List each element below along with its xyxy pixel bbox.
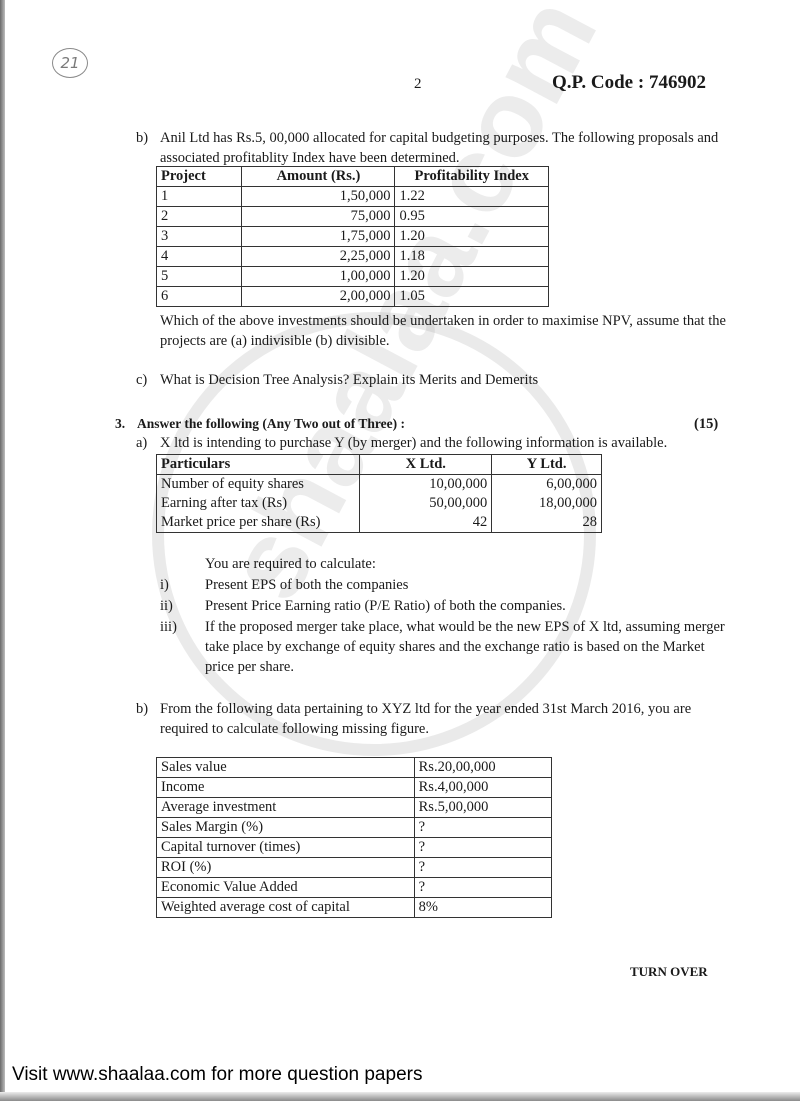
q3a-item-text: If the proposed merger take place, what … <box>205 617 730 677</box>
table-cell: Weighted average cost of capital <box>157 898 415 918</box>
table-cell: 4 <box>157 247 242 267</box>
q3a-label: a) <box>136 433 147 453</box>
q3-heading: Answer the following (Any Two out of Thr… <box>137 414 405 434</box>
table-cell: ? <box>414 858 551 878</box>
table-row: Income Rs.4,00,000 <box>157 778 552 798</box>
table-cell: 1.05 <box>395 287 549 307</box>
table-cell: 50,00,000 <box>360 494 492 513</box>
table-row: 3 1,75,000 1.20 <box>157 227 549 247</box>
q3a-intro: X ltd is intending to purchase Y (by mer… <box>160 433 730 453</box>
table-cell: 2,25,000 <box>242 247 395 267</box>
q2c-label: c) <box>136 370 147 390</box>
table-cell: 18,00,000 <box>492 494 602 513</box>
table-cell: 1,00,000 <box>242 267 395 287</box>
q3b-label: b) <box>136 699 148 719</box>
table-row: 1 1,50,000 1.22 <box>157 187 549 207</box>
table-cell: 1,75,000 <box>242 227 395 247</box>
table-header: Amount (Rs.) <box>242 167 395 187</box>
table-header: Y Ltd. <box>492 455 602 475</box>
q3a-item-text: Present Price Earning ratio (P/E Ratio) … <box>205 596 730 616</box>
table-cell: 1.20 <box>395 227 549 247</box>
table-cell: 2,00,000 <box>242 287 395 307</box>
table-cell: 6,00,000 <box>492 475 602 495</box>
table-header: X Ltd. <box>360 455 492 475</box>
table-cell: 5 <box>157 267 242 287</box>
table-row: ROI (%) ? <box>157 858 552 878</box>
xyz-data-table: Sales value Rs.20,00,000 Income Rs.4,00,… <box>156 757 552 918</box>
table-cell: 42 <box>360 513 492 533</box>
table-cell: 1.22 <box>395 187 549 207</box>
table-row: 6 2,00,000 1.05 <box>157 287 549 307</box>
table-cell: 3 <box>157 227 242 247</box>
merger-info-table: Particulars X Ltd. Y Ltd. Number of equi… <box>156 454 602 533</box>
table-header: Project <box>157 167 242 187</box>
q3-number: 3. <box>115 414 125 434</box>
table-header-row: Project Amount (Rs.) Profitability Index <box>157 167 549 187</box>
q3a-calc-intro: You are required to calculate: <box>205 554 376 574</box>
table-cell: ? <box>414 818 551 838</box>
scan-left-edge <box>0 0 5 1101</box>
table-cell: Rs.20,00,000 <box>414 758 551 778</box>
table-cell: Income <box>157 778 415 798</box>
q3a-item-text: Present EPS of both the companies <box>205 575 730 595</box>
table-row: Economic Value Added ? <box>157 878 552 898</box>
table-row: Weighted average cost of capital 8% <box>157 898 552 918</box>
table-cell: Economic Value Added <box>157 878 415 898</box>
table-cell: ? <box>414 878 551 898</box>
q2b-intro: Anil Ltd has Rs.5, 00,000 allocated for … <box>160 128 730 168</box>
qp-code: Q.P. Code : 746902 <box>552 72 706 94</box>
table-cell: Rs.4,00,000 <box>414 778 551 798</box>
table-row: Capital turnover (times) ? <box>157 838 552 858</box>
table-row: Sales value Rs.20,00,000 <box>157 758 552 778</box>
table-cell: 1 <box>157 187 242 207</box>
table-row: Average investment Rs.5,00,000 <box>157 798 552 818</box>
table-row: 5 1,00,000 1.20 <box>157 267 549 287</box>
table-row: 2 75,000 0.95 <box>157 207 549 227</box>
q3b-intro: From the following data pertaining to XY… <box>160 699 730 739</box>
visit-website-footer: Visit www.shaalaa.com for more question … <box>12 1064 422 1086</box>
q2c-text: What is Decision Tree Analysis? Explain … <box>160 370 730 390</box>
table-row: Number of equity shares 10,00,000 6,00,0… <box>157 475 602 495</box>
table-header: Profitability Index <box>395 167 549 187</box>
table-cell: 1.20 <box>395 267 549 287</box>
table-cell: 8% <box>414 898 551 918</box>
table-cell: 28 <box>492 513 602 533</box>
table-cell: 6 <box>157 287 242 307</box>
table-row: Earning after tax (Rs) 50,00,000 18,00,0… <box>157 494 602 513</box>
page-number: 2 <box>414 76 422 93</box>
q3-marks: (15) <box>694 414 718 434</box>
q3a-item-label: i) <box>160 575 169 595</box>
table-cell: 2 <box>157 207 242 227</box>
table-cell: ? <box>414 838 551 858</box>
table-cell: Sales Margin (%) <box>157 818 415 838</box>
profitability-index-table: Project Amount (Rs.) Profitability Index… <box>156 166 549 307</box>
table-cell: Sales value <box>157 758 415 778</box>
table-cell: 1.18 <box>395 247 549 267</box>
table-cell: 1,50,000 <box>242 187 395 207</box>
table-row: Market price per share (Rs) 42 28 <box>157 513 602 533</box>
table-cell: ROI (%) <box>157 858 415 878</box>
table-header-row: Particulars X Ltd. Y Ltd. <box>157 455 602 475</box>
q3a-item-label: ii) <box>160 596 173 616</box>
table-header: Particulars <box>157 455 360 475</box>
turn-over-note: TURN OVER <box>630 964 708 980</box>
q3a-item-label: iii) <box>160 617 177 637</box>
table-row: Sales Margin (%) ? <box>157 818 552 838</box>
q2b-label: b) <box>136 128 148 148</box>
q2b-question: Which of the above investments should be… <box>160 311 730 351</box>
table-cell: Average investment <box>157 798 415 818</box>
table-cell: 0.95 <box>395 207 549 227</box>
table-cell: 10,00,000 <box>360 475 492 495</box>
table-cell: Capital turnover (times) <box>157 838 415 858</box>
table-row: 4 2,25,000 1.18 <box>157 247 549 267</box>
table-cell: Market price per share (Rs) <box>157 513 360 533</box>
table-cell: Rs.5,00,000 <box>414 798 551 818</box>
table-cell: 75,000 <box>242 207 395 227</box>
scan-bottom-edge <box>0 1092 800 1101</box>
table-cell: Number of equity shares <box>157 475 360 495</box>
table-cell: Earning after tax (Rs) <box>157 494 360 513</box>
handwritten-page-mark: 21 <box>52 48 88 78</box>
